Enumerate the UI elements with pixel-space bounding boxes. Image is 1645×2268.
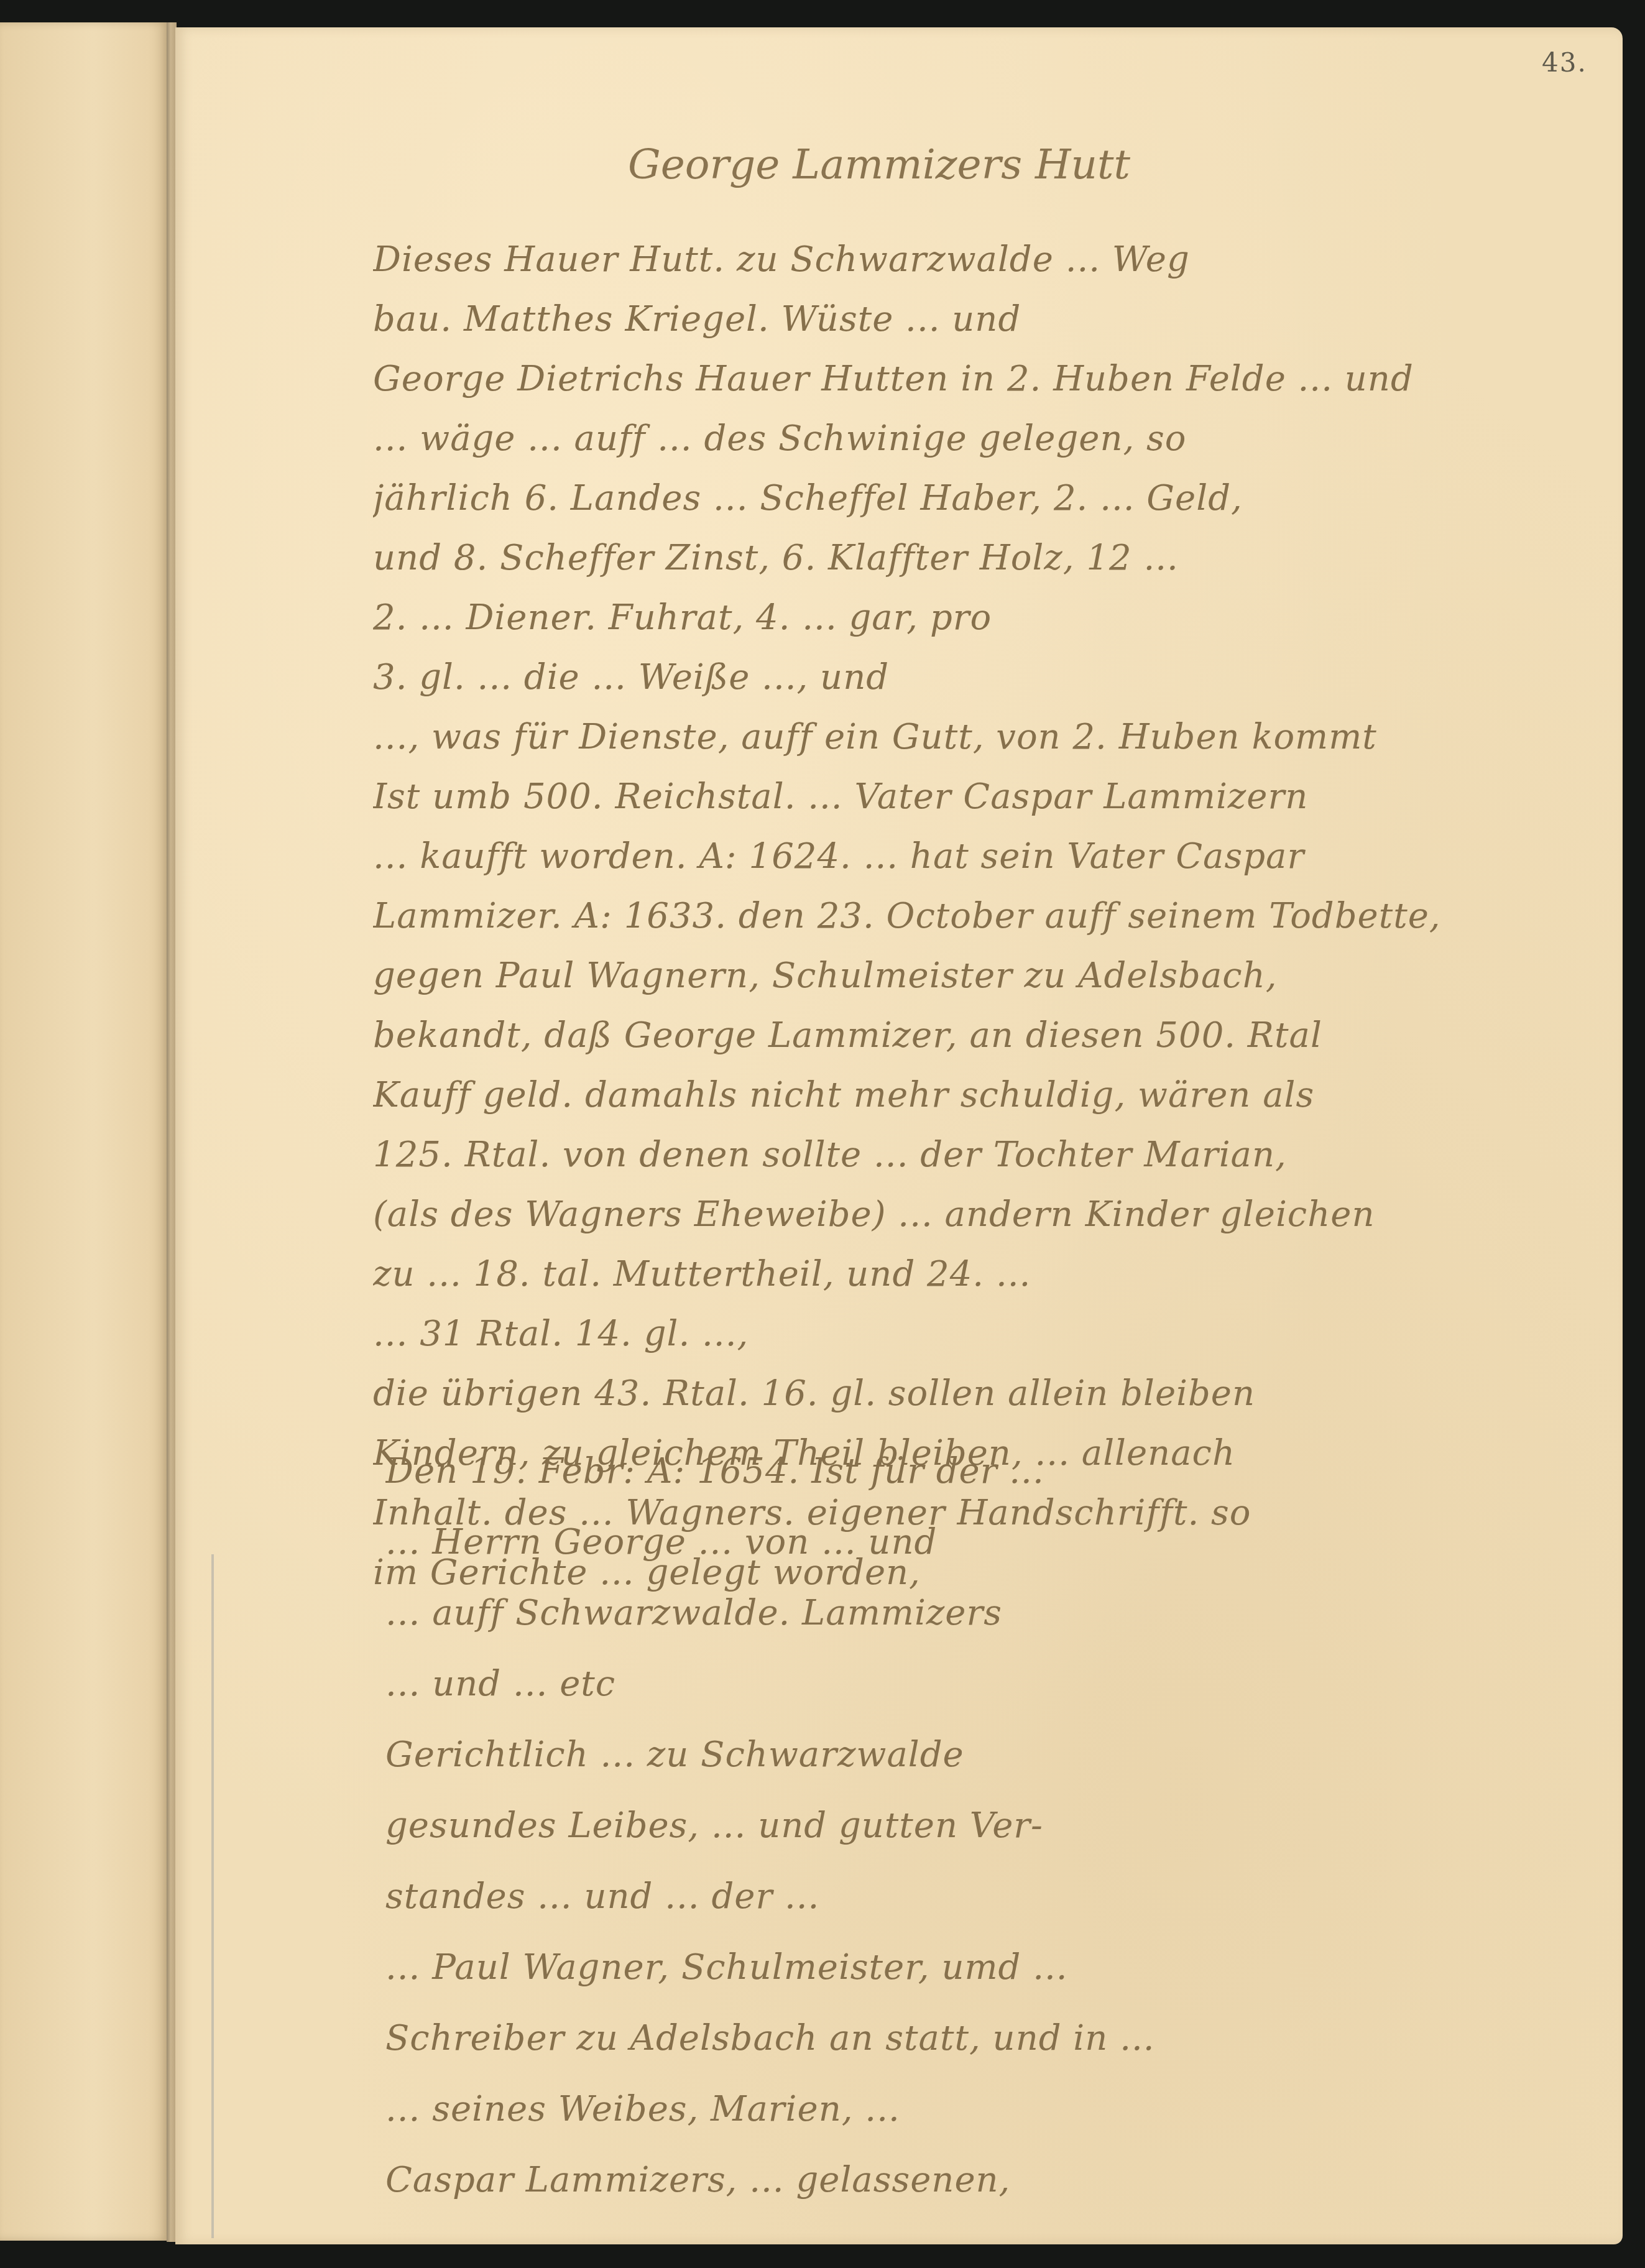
text-line: zu ... 18. tal. Muttertheil, und 24. ... (373, 1245, 1592, 1304)
text-line: 125. Rtal. von denen sollte ... der Toch… (373, 1125, 1592, 1185)
text-line: und 8. Scheffer Zinst, 6. Klaffter Holz,… (373, 528, 1592, 588)
text-line: jährlich 6. Landes ... Scheffel Haber, 2… (373, 469, 1592, 528)
text-line: George Dietrichs Hauer Hutten in 2. Hube… (373, 349, 1592, 409)
text-line: (als des Wagners Eheweibe) ... andern Ki… (373, 1185, 1592, 1245)
text-line: bau. Matthes Kriegel. Wüste ... und (373, 290, 1592, 349)
entry-1-text: Dieses Hauer Hutt. zu Schwarzwalde ... W… (373, 230, 1592, 1603)
text-line: Ist umb 500. Reichstal. ... Vater Caspar… (373, 767, 1592, 827)
text-line: 3. gl. ... die ... Weiße ..., und (373, 648, 1592, 708)
text-line: ... Herrn George ... von ... und (385, 1507, 1592, 1578)
text-line: Schreiber zu Adelsbach an statt, und in … (385, 2003, 1592, 2074)
text-line: 2. ... Diener. Fuhrat, 4. ... gar, pro (373, 588, 1592, 648)
text-line: Gerichtlich ... zu Schwarzwalde (385, 1720, 1592, 1791)
pencil-margin-line (211, 1554, 214, 2238)
text-line: gegen Paul Wagnern, Schulmeister zu Adel… (373, 946, 1592, 1006)
text-line: die übrigen 43. Rtal. 16. gl. sollen all… (373, 1364, 1592, 1424)
scanned-manuscript-spread: 43. George Lammizers Hutt Dieses Hauer H… (0, 0, 1645, 2268)
text-line: Lammizer. A: 1633. den 23. October auff … (373, 887, 1592, 946)
text-line: ... kaufft worden. A: 1624. ... hat sein… (373, 827, 1592, 887)
text-line: ..., was für Dienste, auff ein Gutt, von… (373, 708, 1592, 767)
text-line: Den 19. Febr: A: 1654. Ist für der ... (385, 1436, 1592, 1507)
text-line: ... seines Weibes, Marien, ... (385, 2074, 1592, 2145)
text-line: ... auff Schwarzwalde. Lammizers (385, 1578, 1592, 1649)
text-line: Dieses Hauer Hutt. zu Schwarzwalde ... W… (373, 230, 1592, 290)
text-line: Kauff geld. damahls nicht mehr schuldig,… (373, 1066, 1592, 1125)
text-line: Caspar Lammizers, ... gelassenen, (385, 2145, 1592, 2216)
text-line: standes ... und ... der ... (385, 1861, 1592, 1932)
text-line: ... Paul Wagner, Schulmeister, umd ... (385, 1932, 1592, 2003)
text-line: gesundes Leibes, ... und gutten Ver- (385, 1791, 1592, 1861)
text-line: ... und ... etc (385, 1649, 1592, 1720)
folio-number: 43. (1542, 47, 1587, 78)
entry-2-text: Den 19. Febr: A: 1654. Ist für der ... .… (385, 1436, 1592, 2216)
text-line: ... wäge ... auff ... des Schwinige gele… (373, 409, 1592, 469)
text-line: bekandt, daß George Lammizer, an diesen … (373, 1006, 1592, 1066)
left-blank-page (0, 22, 169, 2241)
text-line: ... 31 Rtal. 14. gl. ..., (373, 1304, 1592, 1364)
page-title: George Lammizers Hutt (628, 141, 1130, 188)
